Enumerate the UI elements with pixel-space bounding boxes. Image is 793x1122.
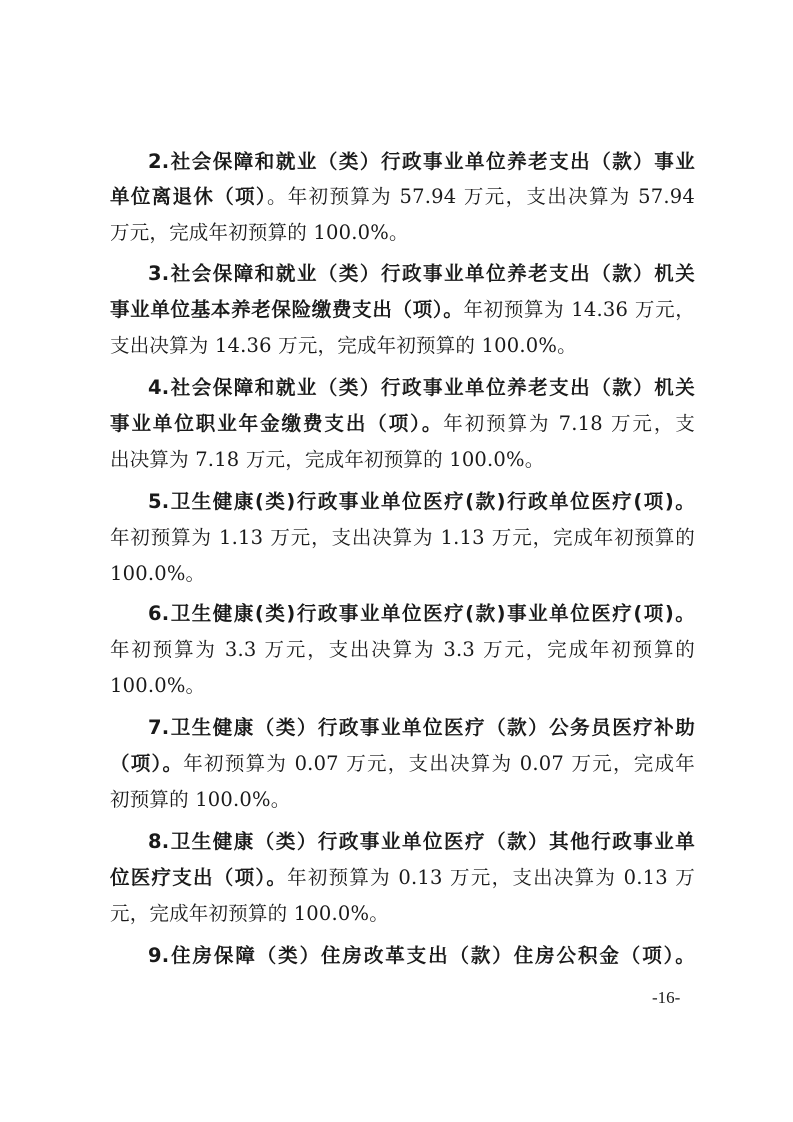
paragraph-4-line-2: 事业单位职业年金缴费支出（项）。年初预算为 7.18 万元，支 xyxy=(110,412,695,436)
paragraph-7-line-1: 7.卫生健康（类）行政事业单位医疗（款）公务员医疗补助 xyxy=(148,716,695,740)
paragraph-8-line-1: 8.卫生健康（类）行政事业单位医疗（款）其他行政事业单 xyxy=(148,830,695,854)
paragraph-5-line-3: 100.0%。 xyxy=(110,562,695,586)
paragraph-3-line-2: 事业单位基本养老保险缴费支出（项）。年初预算为 14.36 万元， xyxy=(110,298,695,322)
paragraph-8-line-2: 位医疗支出（项）。年初预算为 0.13 万元，支出决算为 0.13 万 xyxy=(110,866,695,890)
paragraph-7-line-3: 初预算的 100.0%。 xyxy=(110,788,695,812)
paragraph-3-line-3: 支出决算为 14.36 万元，完成年初预算的 100.0%。 xyxy=(110,334,695,358)
paragraph-3-line-1: 3.社会保障和就业（类）行政事业单位养老支出（款）机关 xyxy=(148,262,695,286)
paragraph-6-line-2: 年初预算为 3.3 万元，支出决算为 3.3 万元，完成年初预算的 xyxy=(110,638,695,662)
paragraph-7-line-2: （项）。年初预算为 0.07 万元，支出决算为 0.07 万元，完成年 xyxy=(110,752,695,776)
paragraph-6-line-1: 6.卫生健康(类)行政事业单位医疗(款)事业单位医疗(项)。 xyxy=(148,602,695,626)
paragraph-4-line-3: 出决算为 7.18 万元，完成年初预算的 100.0%。 xyxy=(110,448,695,472)
paragraph-2-line-2: 单位离退休（项）。年初预算为 57.94 万元，支出决算为 57.94 xyxy=(110,185,695,209)
paragraph-6-line-3: 100.0%。 xyxy=(110,674,695,698)
paragraph-9-line-1: 9.住房保障（类）住房改革支出（款）住房公积金（项）。 xyxy=(148,944,695,968)
paragraph-4-line-1: 4.社会保障和就业（类）行政事业单位养老支出（款）机关 xyxy=(148,376,695,400)
paragraph-8-line-3: 元，完成年初预算的 100.0%。 xyxy=(110,902,695,926)
paragraph-2-line-1: 2.社会保障和就业（类）行政事业单位养老支出（款）事业 xyxy=(148,150,695,174)
paragraph-5-line-1: 5.卫生健康(类)行政事业单位医疗(款)行政单位医疗(项)。 xyxy=(148,490,695,514)
page-number: -16- xyxy=(652,988,680,1008)
paragraph-5-line-2: 年初预算为 1.13 万元，支出决算为 1.13 万元，完成年初预算的 xyxy=(110,526,695,550)
paragraph-2-line-3: 万元，完成年初预算的 100.0%。 xyxy=(110,221,695,245)
